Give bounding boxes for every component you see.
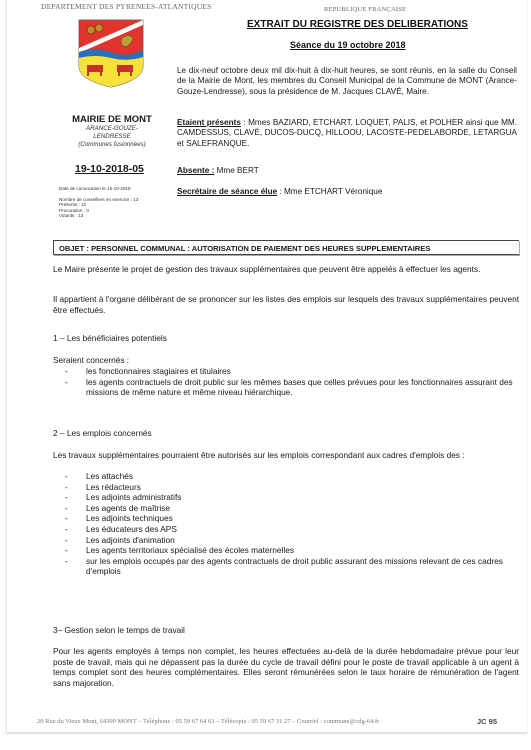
- intro-paragraph: Le dix-neuf octobre deux mil dix-huit à …: [177, 66, 517, 97]
- list-item: Les adjoints techniques: [61, 513, 517, 524]
- list-item: les fonctionnaires stagiaires et titulai…: [61, 366, 517, 377]
- count-line: Votants : 12: [59, 213, 138, 218]
- section-2-intro: Les travaux supplémentaires pourraient ê…: [53, 450, 519, 461]
- objet-box: OBJET : PERSONNEL COMMUNAL : AUTORISATIO…: [53, 240, 519, 255]
- coat-of-arms-icon: [77, 18, 145, 88]
- republic-header: REPUBLIQUE FRANÇAISE: [324, 6, 406, 13]
- document-page: DEPARTEMENT DES PYRENEES-ATLANTIQUES REP…: [6, 0, 527, 733]
- section-1-intro: Seraient concernés :: [53, 355, 129, 365]
- present-paragraph: Etaient présents : Mmes BAZIARD, ETCHART…: [177, 118, 517, 149]
- footer-code: JC 95: [477, 717, 497, 726]
- list-item: Les éducateurs des APS: [61, 524, 517, 535]
- attendance-counts: Nombre de conseillers en exercice : 13 P…: [59, 197, 138, 218]
- list-item: Les agents territoriaux spécialisé des é…: [61, 545, 517, 556]
- list-item: sur les emplois occupés par des agents c…: [61, 556, 517, 577]
- mairie-block: MAIRIE DE MONT ARANCE-GOUZE- LENDRESSE (…: [52, 114, 172, 149]
- document-title: EXTRAIT DU REGISTRE DES DELIBERATIONS: [247, 19, 468, 30]
- list-item: Les adjoints administratifs: [61, 492, 517, 503]
- department-header: DEPARTEMENT DES PYRENEES-ATLANTIQUES: [41, 2, 212, 11]
- secretary-label: Secrétaire de séance élue: [177, 187, 277, 196]
- secretary-text: : Mme ETCHART Véronique: [277, 187, 382, 196]
- mairie-subtitle-1: ARANCE-GOUZE-: [52, 125, 172, 133]
- section-3-text: Pour les agents employés à temps non com…: [53, 646, 519, 688]
- section-2-title: 2 – Les emplois concernés: [53, 428, 152, 438]
- list-item: Les attachés: [61, 471, 517, 482]
- convocation-date: Date de convocation le 15-10-2018: [59, 186, 131, 192]
- list-item: Les rédacteurs: [61, 482, 517, 493]
- mairie-subtitle-3: (Communes fusionnées): [52, 141, 172, 149]
- deliberation-reference: 19-10-2018-05: [75, 163, 144, 175]
- section-3-title: 3– Gestion selon le temps de travail: [53, 625, 185, 635]
- list-item: les agents contractuels de droit public …: [61, 377, 517, 398]
- secretary-paragraph: Secrétaire de séance élue : Mme ETCHART …: [177, 187, 517, 197]
- mairie-subtitle-2: LENDRESSE: [52, 133, 172, 141]
- employment-list: Les attachés Les rédacteurs Les adjoints…: [61, 471, 517, 577]
- session-date: Séance du 19 octobre 2018: [290, 40, 406, 50]
- list-item: Les adjoints d'animation: [61, 535, 517, 546]
- section-1-title: 1 – Les bénéficiaires potentiels: [53, 333, 167, 343]
- footer-address: 20 Rue du Vieux Mont, 64300 MONT – Télép…: [37, 718, 379, 725]
- absent-paragraph: Absente : Mme BERT: [177, 166, 517, 176]
- list-item: Les agents de maîtrise: [61, 503, 517, 514]
- absent-text: Mme BERT: [214, 166, 258, 175]
- mairie-name: MAIRIE DE MONT: [52, 114, 172, 125]
- beneficiaries-list: les fonctionnaires stagiaires et titulai…: [61, 366, 517, 398]
- paragraph-2: Il appartient à l'organe délibérant de s…: [53, 294, 519, 315]
- present-label: Etaient présents: [177, 118, 241, 127]
- absent-label: Absente :: [177, 166, 214, 175]
- paragraph-1: Le Maire présente le projet de gestion d…: [53, 264, 519, 275]
